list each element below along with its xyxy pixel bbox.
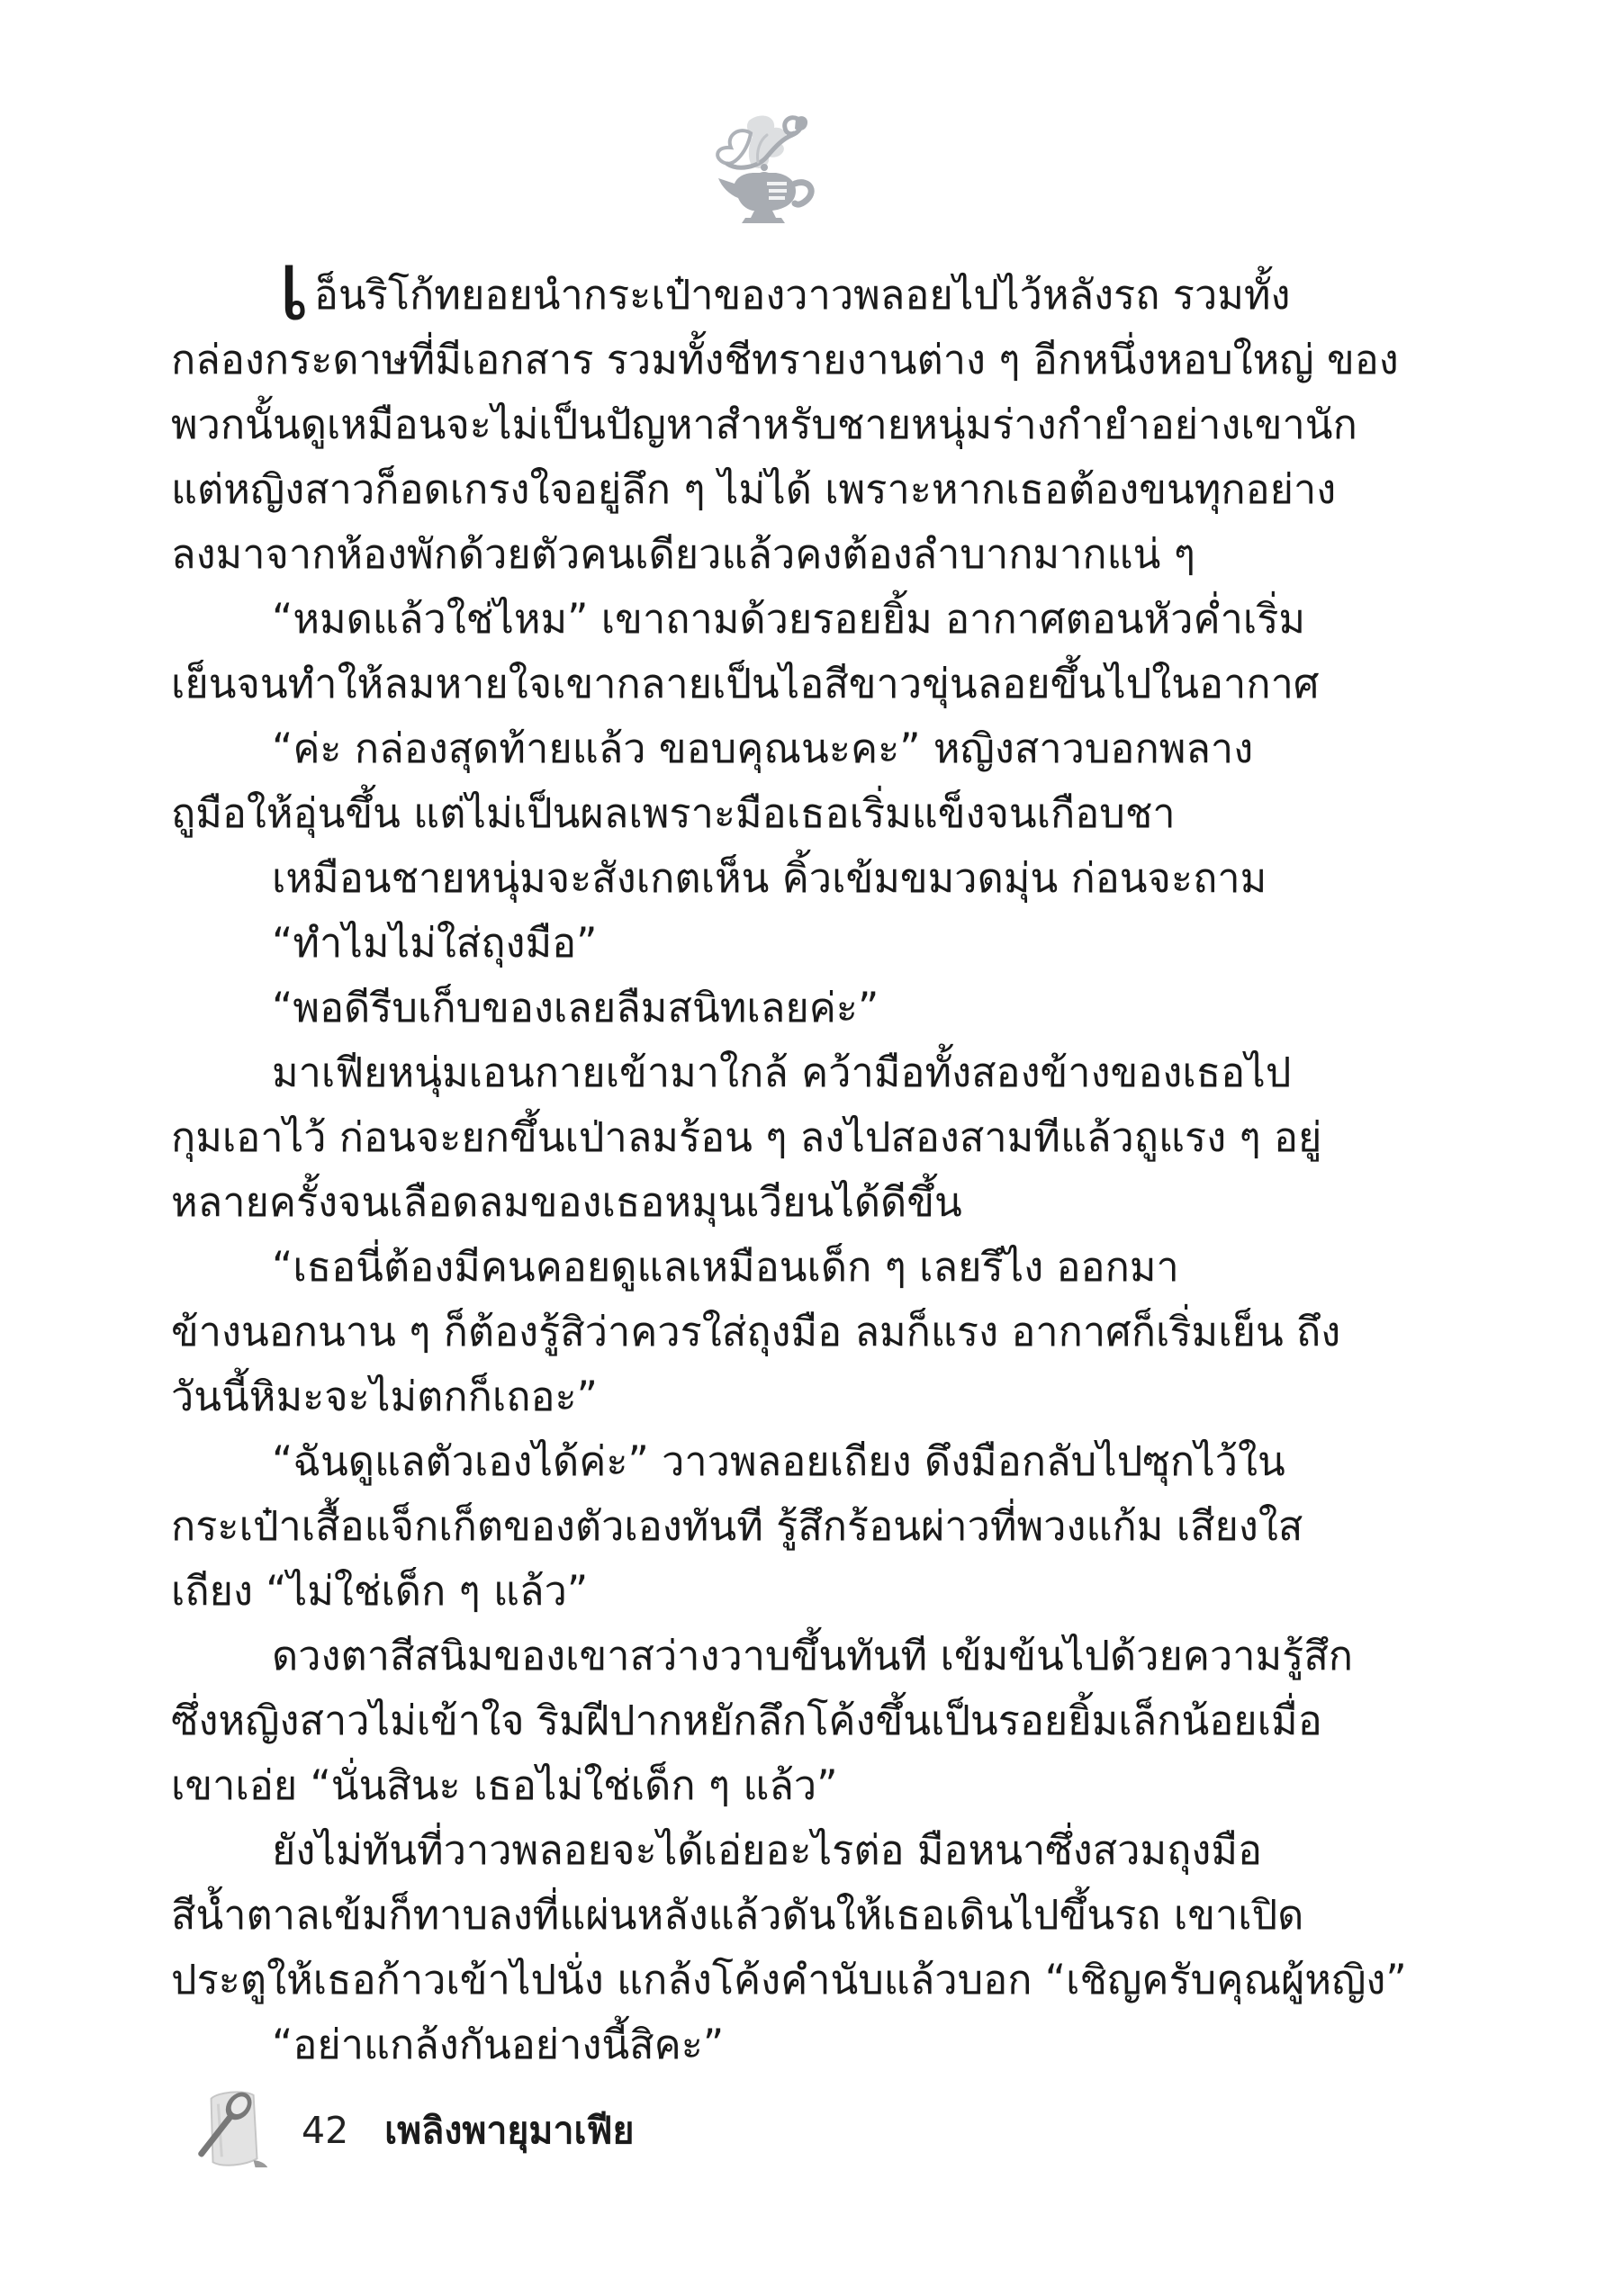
text-line: “พอดีรีบเก็บของเลยลืมสนิทเลยค่ะ”: [171, 976, 1319, 1040]
text-line: “เธอนี่ต้องมีคนคอยดูแลเหมือนเด็ก ๆ เลยรึ…: [171, 1235, 1319, 1300]
paragraph: เอ็นริโก้ทยอยนำกระเป๋าของวาวพลอยไปไว้หลั…: [171, 263, 1319, 587]
text-line: มาเฟียหนุ่มเอนกายเข้ามาใกล้ คว้ามือทั้งส…: [171, 1040, 1319, 1105]
text-line: ลงมาจากห้องพักด้วยตัวคนเดียวแล้วคงต้องลำ…: [171, 522, 1319, 587]
paragraph: “หมดแล้วใช่ไหม” เขาถามด้วยรอยยิ้ม อากาศต…: [171, 587, 1319, 716]
chef-hat-spoon-icon: [192, 2086, 280, 2174]
text-line: เถียง “ไม่ใช่เด็ก ๆ แล้ว”: [171, 1559, 1319, 1624]
text-line: “อย่าแกล้งกันอย่างนี้สิคะ”: [171, 2012, 1319, 2077]
text-line: กุมเอาไว้ ก่อนจะยกขึ้นเป่าลมร้อน ๆ ลงไปส…: [171, 1105, 1319, 1170]
text-line: “หมดแล้วใช่ไหม” เขาถามด้วยรอยยิ้ม อากาศต…: [171, 587, 1319, 652]
paragraph: มาเฟียหนุ่มเอนกายเข้ามาใกล้ คว้ามือทั้งส…: [171, 1040, 1319, 1235]
paragraph: ดวงตาสีสนิมของเขาสว่างวาบขึ้นทันที เข้มข…: [171, 1624, 1319, 1818]
text-line: เขาเอ่ย “นั่นสินะ เธอไม่ใช่เด็ก ๆ แล้ว”: [171, 1753, 1319, 1818]
text-line: พวกนั้นดูเหมือนจะไม่เป็นปัญหาสำหรับชายหน…: [171, 392, 1319, 457]
text-line: เอ็นริโก้ทยอยนำกระเป๋าของวาวพลอยไปไว้หลั…: [171, 263, 1319, 328]
text-line: หลายครั้งจนเลือดลมของเธอหมุนเวียนได้ดีขึ…: [171, 1170, 1319, 1235]
text-line: วันนี้หิมะจะไม่ตกก็เถอะ”: [171, 1364, 1319, 1429]
paragraph: เหมือนชายหนุ่มจะสังเกตเห็น คิ้วเข้มขมวดม…: [171, 846, 1319, 911]
text-line: ยังไม่ทันที่วาวพลอยจะได้เอ่ยอะไรต่อ มือห…: [171, 1818, 1319, 1883]
text-line: ซึ่งหญิงสาวไม่เข้าใจ ริมฝีปากหยักลึกโค้ง…: [171, 1688, 1319, 1753]
text-line: สีน้ำตาลเข้มก็ทาบลงที่แผ่นหลังแล้วดันให้…: [171, 1883, 1319, 1948]
genie-lamp-smoke-icon: [708, 108, 823, 225]
book-title: เพลิงพายุมาเฟีย: [384, 2102, 634, 2160]
text-line: ข้างนอกนาน ๆ ก็ต้องรู้สิว่าควรใส่ถุงมือ …: [171, 1300, 1319, 1364]
text-line: แต่หญิงสาวก็อดเกรงใจอยู่ลึก ๆ ไม่ได้ เพร…: [171, 457, 1319, 522]
text-line: “ฉันดูแลตัวเองได้ค่ะ” วาวพลอยเถียง ดึงมื…: [171, 1429, 1319, 1494]
text-line: กล่องกระดาษที่มีเอกสาร รวมทั้งชีทรายงานต…: [171, 328, 1319, 392]
page-footer: 42 เพลิงพายุมาเฟีย: [192, 2086, 635, 2174]
text-line: ถูมือให้อุ่นขึ้น แต่ไม่เป็นผลเพราะมือเธอ…: [171, 781, 1319, 846]
text-line: ประตูให้เธอก้าวเข้าไปนั่ง แกล้งโค้งคำนับ…: [171, 1948, 1319, 2012]
paragraph: “พอดีรีบเก็บของเลยลืมสนิทเลยค่ะ”: [171, 976, 1319, 1040]
paragraph: “ค่ะ กล่องสุดท้ายแล้ว ขอบคุณนะคะ” หญิงสา…: [171, 716, 1319, 846]
paragraph: “อย่าแกล้งกันอย่างนี้สิคะ”: [171, 2012, 1319, 2077]
paragraph: ยังไม่ทันที่วาวพลอยจะได้เอ่ยอะไรต่อ มือห…: [171, 1818, 1319, 2012]
text-run: อ็นริโก้ทยอยนำกระเป๋าของวาวพลอยไปไว้หลัง…: [314, 271, 1291, 319]
body-text: เอ็นริโก้ทยอยนำกระเป๋าของวาวพลอยไปไว้หลั…: [171, 263, 1319, 2077]
paragraph: “เธอนี่ต้องมีคนคอยดูแลเหมือนเด็ก ๆ เลยรึ…: [171, 1235, 1319, 1429]
text-line: เย็นจนทำให้ลมหายใจเขากลายเป็นไอสีขาวขุ่น…: [171, 652, 1319, 716]
text-line: เหมือนชายหนุ่มจะสังเกตเห็น คิ้วเข้มขมวดม…: [171, 846, 1319, 911]
book-page: เอ็นริโก้ทยอยนำกระเป๋าของวาวพลอยไปไว้หลั…: [0, 0, 1605, 2296]
paragraph: “ฉันดูแลตัวเองได้ค่ะ” วาวพลอยเถียง ดึงมื…: [171, 1429, 1319, 1624]
drop-cap: เ: [277, 230, 311, 343]
page-number: 42: [302, 2109, 348, 2152]
text-line: กระเป๋าเสื้อแจ็กเก็ตของตัวเองทันที รู้สึ…: [171, 1494, 1319, 1559]
paragraph: “ทำไมไม่ใส่ถุงมือ”: [171, 911, 1319, 976]
text-line: “ทำไมไม่ใส่ถุงมือ”: [171, 911, 1319, 976]
text-line: ดวงตาสีสนิมของเขาสว่างวาบขึ้นทันที เข้มข…: [171, 1624, 1319, 1688]
text-line: “ค่ะ กล่องสุดท้ายแล้ว ขอบคุณนะคะ” หญิงสา…: [171, 716, 1319, 781]
